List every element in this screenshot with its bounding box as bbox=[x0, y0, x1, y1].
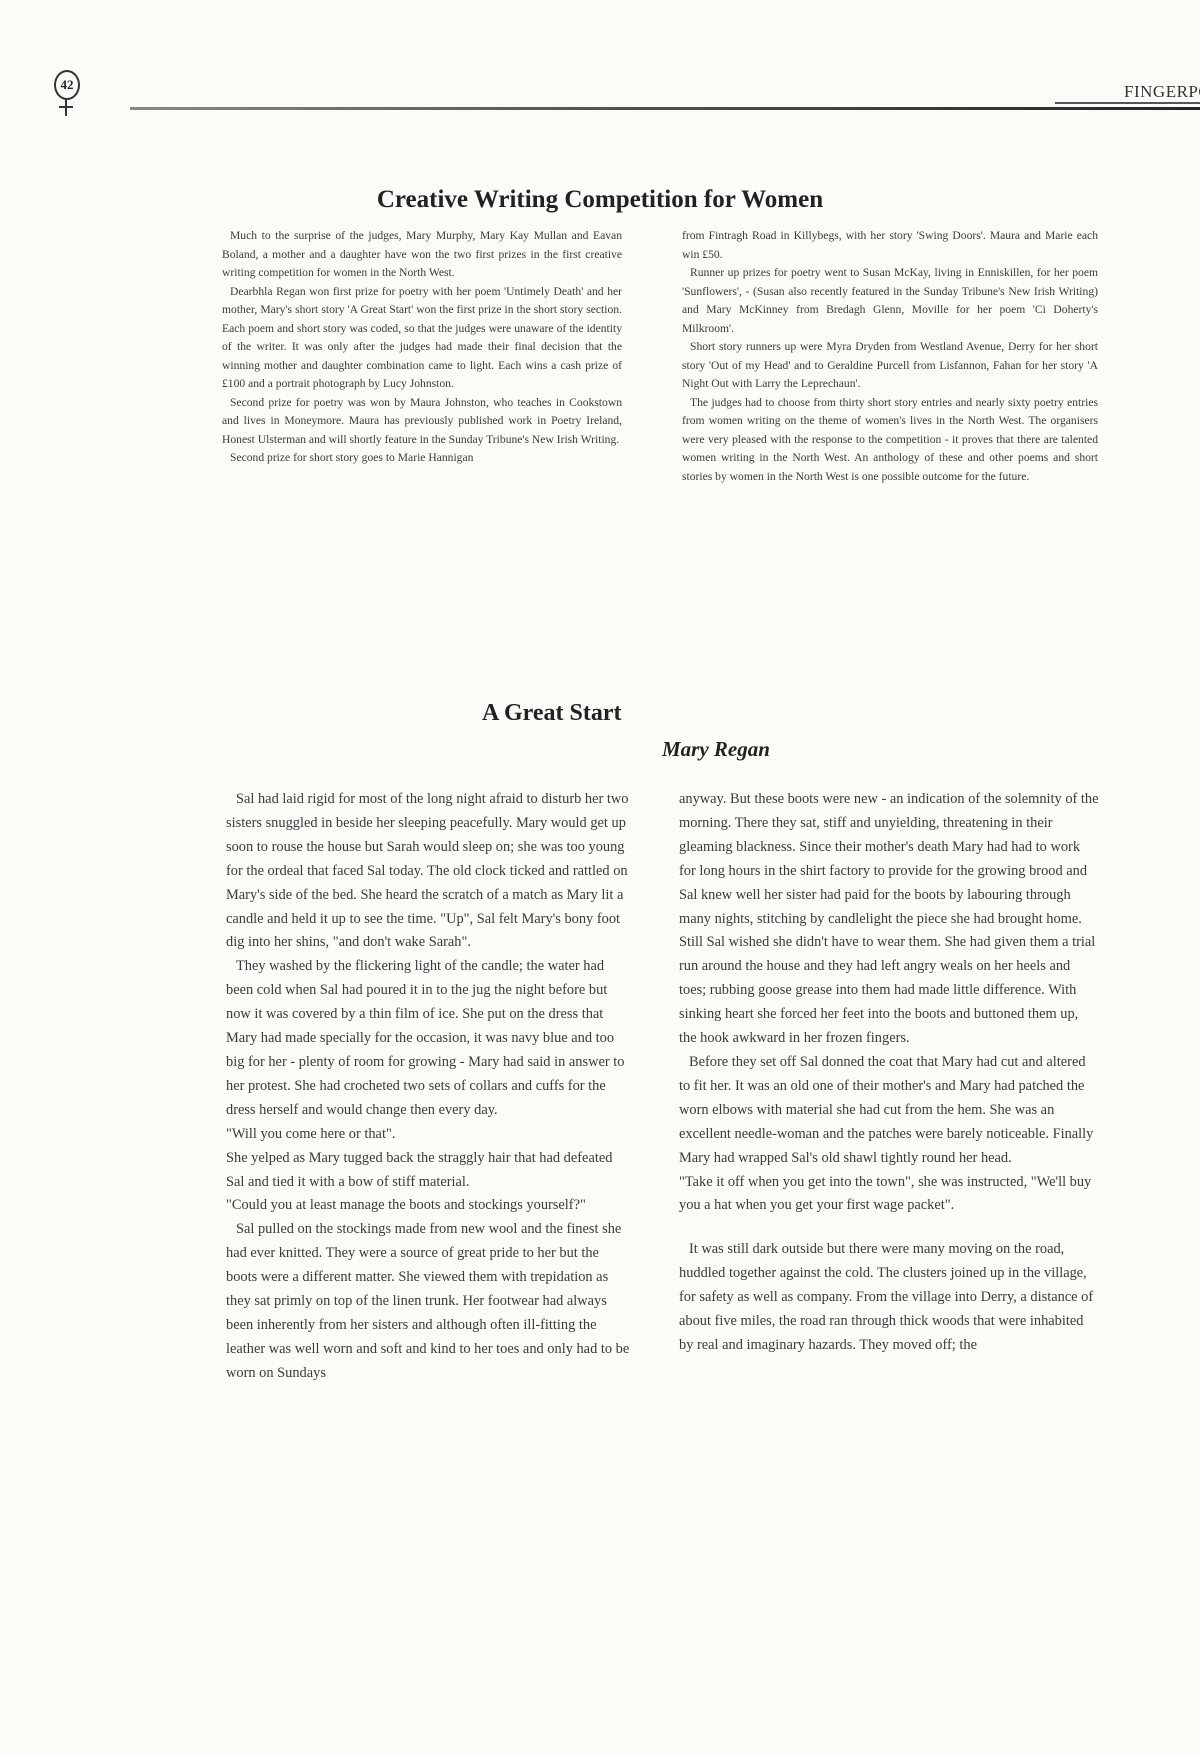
competition-column-1: Much to the surprise of the judges, Mary… bbox=[222, 227, 622, 468]
paragraph: anyway. But these boots were new - an in… bbox=[679, 788, 1099, 1051]
venus-crossbar bbox=[59, 106, 73, 108]
story-title: A Great Start bbox=[482, 700, 622, 727]
paragraph: Second prize for short story goes to Mar… bbox=[222, 449, 622, 468]
paragraph: Sal pulled on the stockings made from ne… bbox=[226, 1218, 631, 1385]
paragraph: Much to the surprise of the judges, Mary… bbox=[222, 227, 622, 283]
paragraph: It was still dark outside but there were… bbox=[679, 1238, 1099, 1358]
paragraph: "Take it off when you get into the town"… bbox=[679, 1171, 1099, 1219]
story-column-1: Sal had laid rigid for most of the long … bbox=[226, 788, 631, 1386]
story-column-2: anyway. But these boots were new - an in… bbox=[679, 788, 1099, 1358]
paragraph: Dearbhla Regan won first prize for poetr… bbox=[222, 283, 622, 394]
magazine-name: FINGERPOST bbox=[1124, 82, 1200, 102]
paragraph: "Will you come here or that". bbox=[226, 1123, 631, 1147]
header-rule bbox=[130, 107, 1200, 110]
paragraph: Runner up prizes for poetry went to Susa… bbox=[682, 264, 1098, 338]
paragraph: Before they set off Sal donned the coat … bbox=[679, 1051, 1099, 1171]
page-header: 42 FINGERPOST bbox=[52, 62, 1192, 122]
story-author: Mary Regan bbox=[662, 737, 770, 762]
paragraph: Sal had laid rigid for most of the long … bbox=[226, 788, 631, 955]
paragraph: She yelped as Mary tugged back the strag… bbox=[226, 1147, 631, 1195]
competition-column-2: from Fintragh Road in Killybegs, with he… bbox=[682, 227, 1098, 486]
paragraph: They washed by the flickering light of t… bbox=[226, 955, 631, 1122]
header-rule-accent bbox=[1055, 102, 1200, 104]
paragraph: Short story runners up were Myra Dryden … bbox=[682, 338, 1098, 394]
article-title-competition: Creative Writing Competition for Women bbox=[0, 186, 1200, 214]
paragraph: "Could you at least manage the boots and… bbox=[226, 1194, 631, 1218]
paragraph: from Fintragh Road in Killybegs, with he… bbox=[682, 227, 1098, 264]
page-number: 42 bbox=[54, 70, 80, 100]
venus-symbol-icon: 42 bbox=[52, 62, 82, 122]
paragraph-gap bbox=[679, 1218, 1099, 1238]
paragraph: The judges had to choose from thirty sho… bbox=[682, 394, 1098, 487]
paragraph: Second prize for poetry was won by Maura… bbox=[222, 394, 622, 450]
